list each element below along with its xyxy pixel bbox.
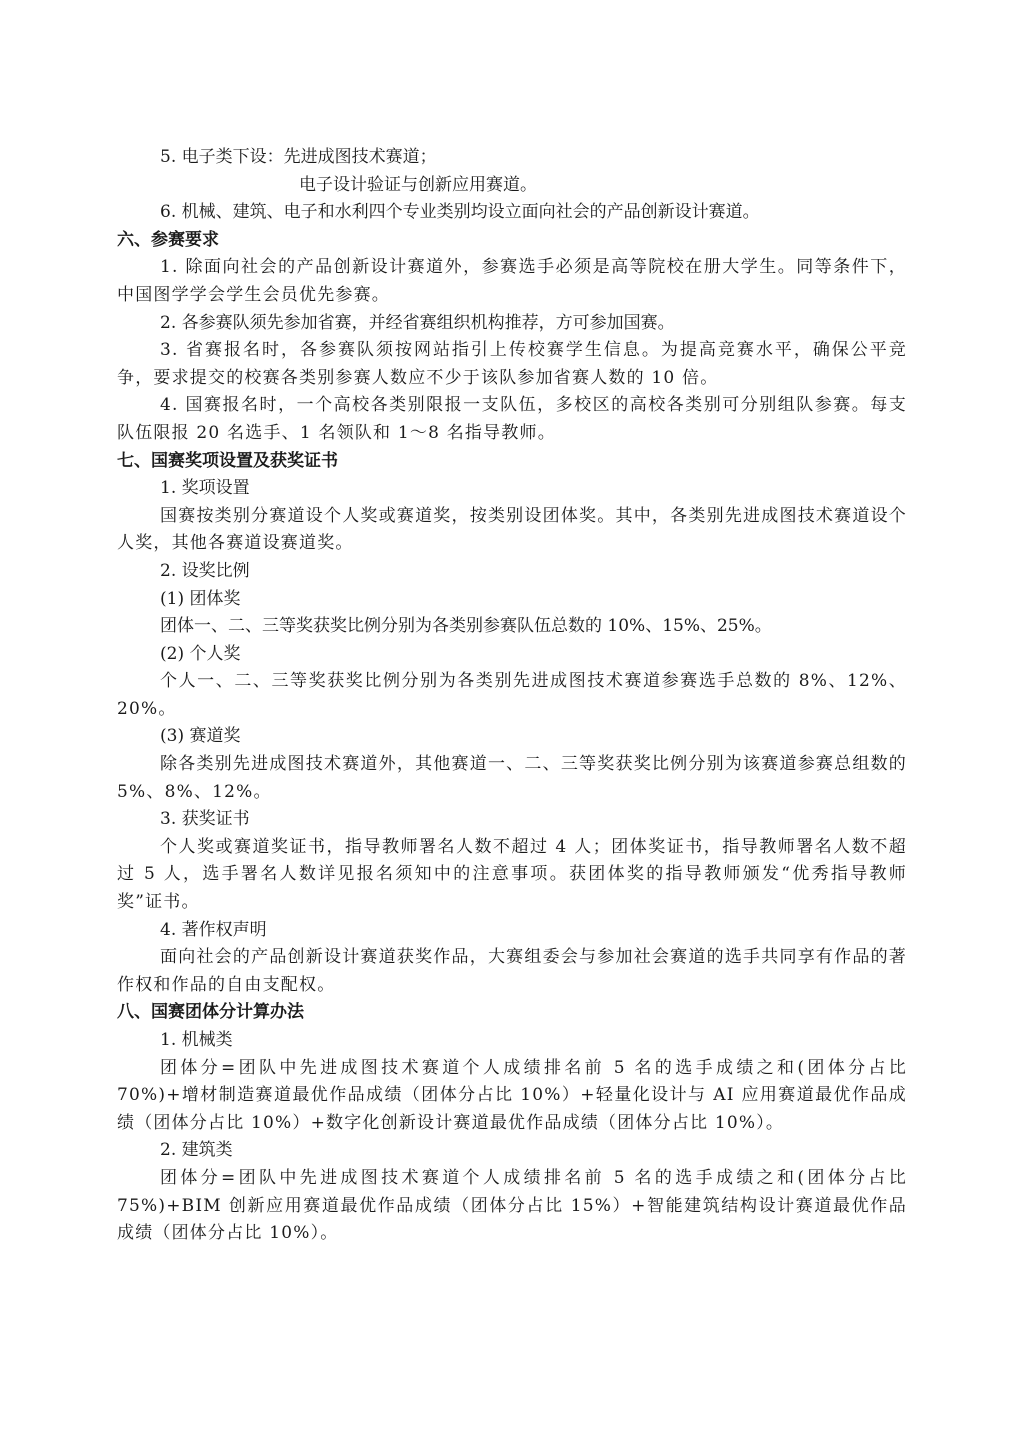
subheading: 2. 设奖比例 [117,558,907,586]
paragraph: 3. 省赛报名时，各参赛队须按网站指引上传校赛学生信息。为提高竞赛水平，确保公平… [117,337,907,392]
subheading: (2) 个人奖 [117,641,907,669]
subheading: 3. 获奖证书 [117,806,907,834]
subheading: (3) 赛道奖 [117,723,907,751]
paragraph: 国赛按类别分赛道设个人奖或赛道奖，按类别设团体奖。其中，各类别先进成图技术赛道设… [117,503,907,558]
paragraph: 面向社会的产品创新设计赛道获奖作品，大赛组委会与参加社会赛道的选手共同享有作品的… [117,944,907,999]
paragraph: 个人奖或赛道奖证书，指导教师署名人数不超过 4 人；团体奖证书，指导教师署名人数… [117,834,907,917]
paragraph: 除各类别先进成图技术赛道外，其他赛道一、二、三等奖获奖比例分别为该赛道参赛总组数… [117,751,907,806]
section-heading: 八、国赛团体分计算办法 [117,999,907,1027]
subheading: (1) 团体奖 [117,586,907,614]
section-heading: 七、国赛奖项设置及获奖证书 [117,448,907,476]
section-heading: 六、参赛要求 [117,227,907,255]
paragraph: 团体一、二、三等奖获奖比例分别为各类别参赛队伍总数的 10%、15%、25%。 [117,613,907,641]
subheading: 4. 著作权声明 [117,917,907,945]
subheading: 1. 机械类 [117,1027,907,1055]
paragraph: 团体分=团队中先进成图技术赛道个人成绩排名前 5 名的选手成绩之和(团体分占比 … [117,1165,907,1248]
paragraph: 团体分=团队中先进成图技术赛道个人成绩排名前 5 名的选手成绩之和(团体分占比 … [117,1055,907,1138]
document-page: 5. 电子类下设：先进成图技术赛道； 电子设计验证与创新应用赛道。 6. 机械、… [117,144,907,1248]
paragraph: 1. 除面向社会的产品创新设计赛道外，参赛选手必须是高等院校在册大学生。同等条件… [117,254,907,309]
list-item: 5. 电子类下设：先进成图技术赛道； [117,144,907,172]
subheading: 1. 奖项设置 [117,475,907,503]
paragraph: 个人一、二、三等奖获奖比例分别为各类别先进成图技术赛道参赛选手总数的 8%、12… [117,668,907,723]
subheading: 2. 建筑类 [117,1137,907,1165]
list-item: 2. 各参赛队须先参加省赛，并经省赛组织机构推荐，方可参加国赛。 [117,310,907,338]
list-item: 电子设计验证与创新应用赛道。 [117,172,907,200]
list-item: 6. 机械、建筑、电子和水利四个专业类别均设立面向社会的产品创新设计赛道。 [117,199,907,227]
paragraph: 4. 国赛报名时，一个高校各类别限报一支队伍，多校区的高校各类别可分别组队参赛。… [117,392,907,447]
